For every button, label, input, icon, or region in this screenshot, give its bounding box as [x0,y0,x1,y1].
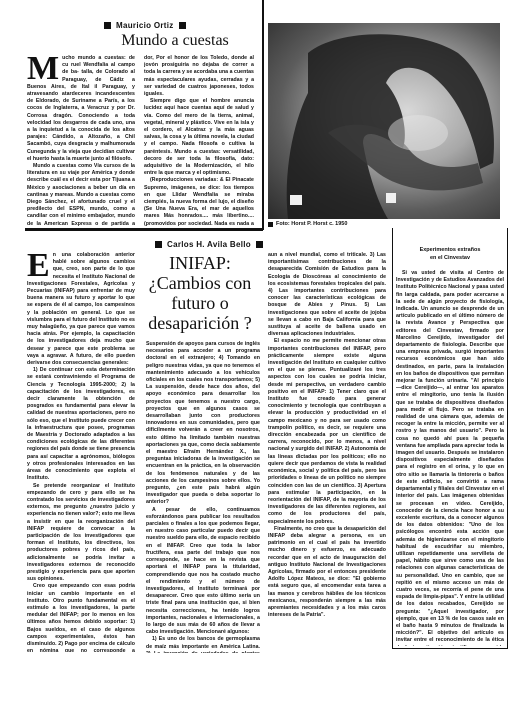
article-2-title-line: futuro o [140,293,260,313]
article-1-title: Mundo a cuestas [100,32,250,50]
sidebar-title-line: Experimentos extraños [394,246,506,254]
article-2-paragraph: Creo que empezando con esas podría inici… [27,583,135,652]
article-2-paragraph: A pesar de ello, continuamos esforzándon… [146,507,260,637]
article-2-paragraph: Se pretende reorganizar el Instituto emp… [27,483,135,584]
article-1-paragraph: (Reproducciones variadas: & El Pinacate … [144,177,254,227]
article-1-paragraph: dor, Por el honor de los Toledo, donde a… [144,55,254,98]
byline-square-icon [104,22,111,29]
article-2-paragraph: 1) De continuar con esta determinación s… [27,367,135,482]
sidebar-title-line: en el Cinvestav [394,254,506,262]
article-1-column-2: dor, Por el honor de los Toledo, donde a… [144,55,254,227]
sidebar-paragraph: Si va usted de visita al Centro de Inves… [396,270,504,646]
article-2-title-line: ¿Cambios con [140,273,260,293]
article-1-byline: Mauricio Ortiz [104,21,186,30]
article-2-title-line: INIFAP: [140,253,260,273]
article-1-column-1: M ucho mundo a cuestas: de cu ruel Wendf… [27,55,135,227]
article-2-paragraph: El espacio no me permite mencionar otras… [268,338,386,525]
article-2-byline: Carlos H. Avila Bello [155,240,263,249]
article-1-author: Mauricio Ortiz [116,21,174,30]
article-2-column-2: Suspensión de apoyos para cursos de ingl… [146,341,260,653]
photo-figure-shape [268,23,500,219]
photo-caption-text: Foto: Horst P. Horst c. 1950 [276,221,347,227]
article-2-column-1: E n una colaboración anterior hablé sobr… [27,252,135,652]
sidebar-title: Experimentos extraños en el Cinvestav [394,246,506,262]
article-1-bottom-rule [25,228,263,231]
article-2-column-3: aun a nivel mundial, como el triticale. … [268,252,386,652]
article-2-title: INIFAP: ¿Cambios con futuro o desaparici… [140,253,260,333]
article-1-right-border [262,0,264,230]
photo-horst-figure [268,23,500,219]
article-1-dropcap: M [27,56,59,82]
caption-square-icon [268,222,273,227]
article-2-paragraph: Finalmente, no creo que la desaparición … [268,526,386,620]
sidebar-body: Si va usted de visita al Centro de Inves… [396,270,504,646]
article-1-paragraph: Siempre digo que el hombre anuncia lucid… [144,98,254,177]
article-2-author: Carlos H. Avila Bello [167,240,251,249]
article-2-paragraph: Suspensión de apoyos para cursos de ingl… [146,341,260,507]
byline-square-icon [256,241,263,248]
byline-square-icon [155,241,162,248]
article-1-paragraph: Mundo a cuestas como Vía cursos de la li… [27,163,135,227]
article-2-paragraph: aun a nivel mundial, como el triticale. … [268,252,386,338]
article-2-paragraph: 1) Es uno de los bancos de germoplasma d… [146,636,260,653]
photo-caption: Foto: Horst P. Horst c. 1950 [268,221,347,227]
byline-square-icon [179,22,186,29]
article-2-dropcap: E [27,253,50,279]
article-2-title-line: desaparición ? [140,313,260,333]
